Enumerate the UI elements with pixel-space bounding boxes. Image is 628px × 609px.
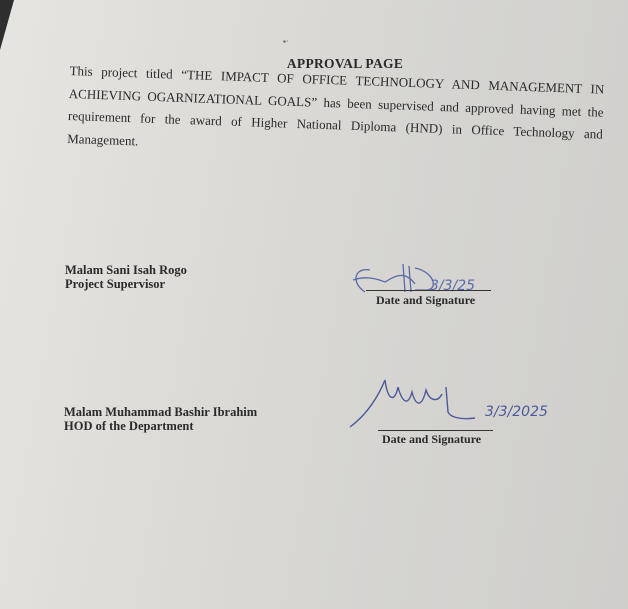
page-mark: ▪· xyxy=(283,37,289,46)
signatory-name: Malam Muhammad Bashir Ibrahim xyxy=(64,405,257,419)
signatory-role: HOD of the Department xyxy=(64,419,257,433)
svg-text:3/3/2025: 3/3/2025 xyxy=(485,404,548,420)
approval-text: This project titled “THE IMPACT OF OFFIC… xyxy=(67,63,605,148)
signatory-name: Malam Sani Isah Rogo xyxy=(65,263,187,277)
signature-hod: 3/3/2025 xyxy=(350,372,610,432)
signatory-supervisor: Malam Sani Isah Rogo Project Supervisor xyxy=(65,263,187,291)
approval-paragraph: This project titled “THE IMPACT OF OFFIC… xyxy=(67,60,605,169)
signature-caption: Date and Signature xyxy=(382,432,481,447)
signature-caption: Date and Signature xyxy=(376,293,475,308)
document-photo: ▪· APPROVAL PAGE This project titled “TH… xyxy=(0,0,628,609)
signatory-role: Project Supervisor xyxy=(65,277,187,291)
svg-text:3/3/25: 3/3/25 xyxy=(430,278,475,294)
signature-line xyxy=(366,290,491,291)
signature-line xyxy=(378,430,493,431)
signatory-hod: Malam Muhammad Bashir Ibrahim HOD of the… xyxy=(64,405,257,433)
background-corner xyxy=(0,0,14,50)
